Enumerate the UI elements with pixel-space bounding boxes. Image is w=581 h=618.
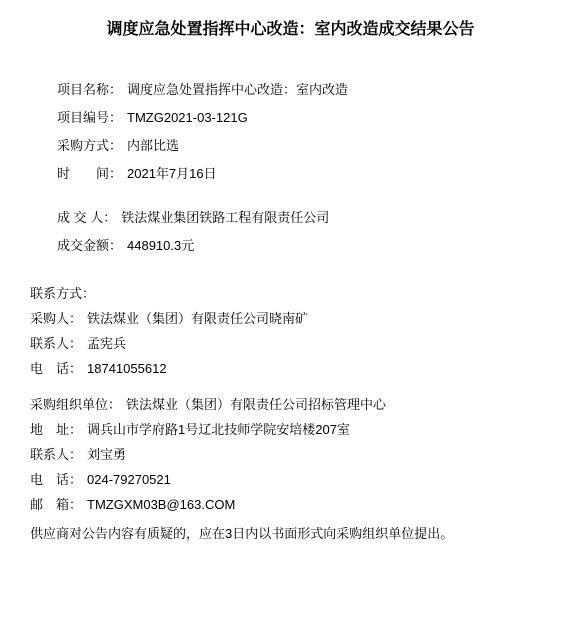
- footer-note: 供应商对公告内容有质疑的，应在3日内以书面形式向采购组织单位提出。: [30, 521, 581, 546]
- field-value: 孟宪兵: [82, 336, 126, 351]
- field-label: 电 话：: [30, 361, 82, 376]
- field-label: 项目编号：: [57, 110, 122, 125]
- row-procurement-method: 采购方式：内部比选: [57, 132, 581, 160]
- field-value: 调兵山市学府路1号辽北技师学院安培楼207室: [82, 422, 350, 437]
- row-organizer-contact: 联系人：刘宝勇: [30, 442, 581, 467]
- field-label: 地 址：: [30, 422, 82, 437]
- field-label: 成 交 人：: [57, 210, 116, 225]
- field-value: 024-79270521: [82, 472, 171, 487]
- row-award-amount: 成交金额：448910.3元: [57, 232, 581, 260]
- field-label: 采购方式：: [57, 138, 122, 153]
- field-label: 邮 箱：: [30, 497, 82, 512]
- field-value: 铁法煤业集团铁路工程有限责任公司: [116, 210, 329, 225]
- field-value: 刘宝勇: [82, 447, 126, 462]
- row-address: 地 址：调兵山市学府路1号辽北技师学院安培楼207室: [30, 417, 581, 442]
- row-project-name: 项目名称：调度应急处置指挥中心改造：室内改造: [57, 76, 581, 104]
- organizer-contact-block: 采购组织单位：铁法煤业（集团）有限责任公司招标管理中心 地 址：调兵山市学府路1…: [30, 392, 581, 517]
- award-info-block: 成 交 人：铁法煤业集团铁路工程有限责任公司 成交金额：448910.3元: [57, 204, 581, 260]
- field-value: 2021年7月16日: [122, 166, 217, 181]
- field-value: 铁法煤业（集团）有限责任公司招标管理中心: [121, 397, 386, 412]
- field-value: 铁法煤业（集团）有限责任公司晓南矿: [82, 311, 308, 326]
- row-organizer: 采购组织单位：铁法煤业（集团）有限责任公司招标管理中心: [30, 392, 581, 417]
- field-value: 调度应急处置指挥中心改造：室内改造: [122, 82, 348, 97]
- page-title: 调度应急处置指挥中心改造：室内改造成交结果公告: [0, 0, 581, 40]
- row-date: 时 间：2021年7月16日: [57, 160, 581, 188]
- field-value: 448910.3元: [122, 238, 194, 253]
- row-organizer-phone: 电 话：024-79270521: [30, 467, 581, 492]
- purchaser-contact-block: 联系方式： 采购人：铁法煤业（集团）有限责任公司晓南矿 联系人：孟宪兵 电 话：…: [30, 281, 581, 381]
- field-label: 采购人：: [30, 311, 82, 326]
- row-winner: 成 交 人：铁法煤业集团铁路工程有限责任公司: [57, 204, 581, 232]
- field-label: 采购组织单位：: [30, 397, 121, 412]
- field-label: 时 间：: [57, 166, 122, 181]
- field-label: 联系人：: [30, 447, 82, 462]
- row-purchaser: 采购人：铁法煤业（集团）有限责任公司晓南矿: [30, 306, 581, 331]
- row-organizer-email: 邮 箱：TMZGXM03B@163.COM: [30, 492, 581, 517]
- field-value: 内部比选: [122, 138, 179, 153]
- contact-heading: 联系方式：: [30, 281, 581, 306]
- field-label: 项目名称：: [57, 82, 122, 97]
- field-label: 成交金额：: [57, 238, 122, 253]
- row-purchaser-phone: 电 话：18741055612: [30, 356, 581, 381]
- field-value: TMZGXM03B@163.COM: [82, 497, 235, 512]
- field-label: 电 话：: [30, 472, 82, 487]
- field-value: TMZG2021-03-121G: [122, 110, 248, 125]
- project-info-block: 项目名称：调度应急处置指挥中心改造：室内改造 项目编号：TMZG2021-03-…: [57, 76, 581, 188]
- field-label: 联系人：: [30, 336, 82, 351]
- row-project-number: 项目编号：TMZG2021-03-121G: [57, 104, 581, 132]
- announcement-document: 调度应急处置指挥中心改造：室内改造成交结果公告 项目名称：调度应急处置指挥中心改…: [0, 0, 581, 618]
- footer-note-block: 供应商对公告内容有质疑的，应在3日内以书面形式向采购组织单位提出。: [30, 521, 581, 546]
- row-purchaser-contact: 联系人：孟宪兵: [30, 331, 581, 356]
- field-value: 18741055612: [82, 361, 167, 376]
